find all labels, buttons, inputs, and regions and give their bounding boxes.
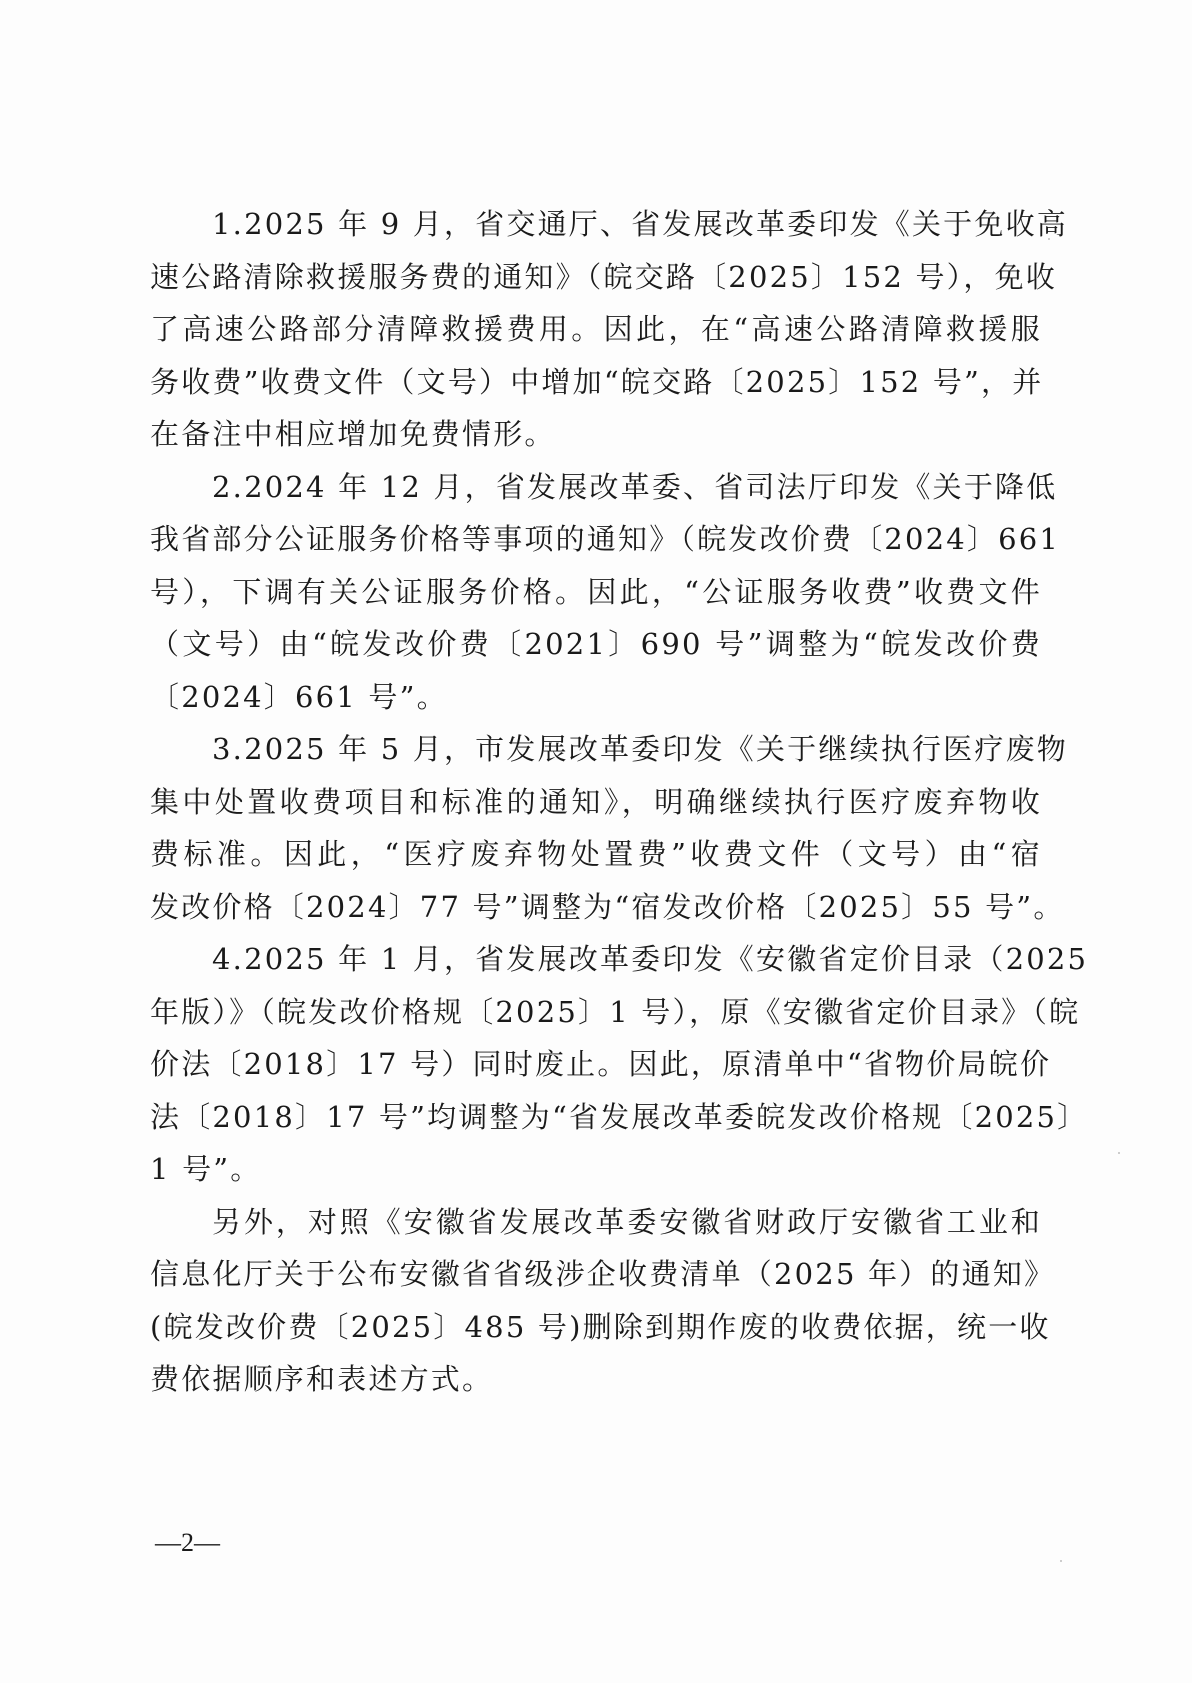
scan-speck: [950, 1010, 952, 1012]
text-line: 在备注中相应增加免费情形。: [150, 408, 1042, 461]
text-line: 我省部分公证服务价格等事项的通知》（皖发改价费〔2024〕661: [150, 513, 1042, 566]
paragraph-item-1: 1.2025 年 9 月，省交通厅、省发展改革委印发《关于免收高 速公路清除救援…: [150, 198, 1042, 461]
text-line: 4.2025 年 1 月，省发展改革委印发《安徽省定价目录（2025: [150, 933, 1042, 986]
text-line: 法〔2018〕17 号”均调整为“省发展改革委皖发改价格规〔2025〕: [150, 1091, 1042, 1144]
scan-speck: [1118, 1152, 1120, 1154]
text-line: 务收费”收费文件（文号）中增加“皖交路〔2025〕152 号”，并: [150, 356, 1042, 409]
document-body: 1.2025 年 9 月，省交通厅、省发展改革委印发《关于免收高 速公路清除救援…: [150, 198, 1042, 1406]
text-line: 号），下调有关公证服务价格。因此，“公证服务收费”收费文件: [150, 566, 1042, 619]
paragraph-item-3: 3.2025 年 5 月，市发展改革委印发《关于继续执行医疗废物 集中处置收费项…: [150, 723, 1042, 933]
text-line: 费依据顺序和表述方式。: [150, 1353, 1042, 1406]
scan-speck: [1048, 238, 1050, 240]
text-line: 年版）》（皖发改价格规〔2025〕1 号），原《安徽省定价目录》（皖: [150, 986, 1042, 1039]
text-line: 信息化厅关于公布安徽省省级涉企收费清单（2025 年）的通知》: [150, 1248, 1042, 1301]
paragraph-item-4: 4.2025 年 1 月，省发展改革委印发《安徽省定价目录（2025 年版）》（…: [150, 933, 1042, 1196]
text-line: 价法〔2018〕17 号）同时废止。因此，原清单中“省物价局皖价: [150, 1038, 1042, 1091]
text-line: 1 号”。: [150, 1143, 1042, 1196]
text-line: 1.2025 年 9 月，省交通厅、省发展改革委印发《关于免收高: [150, 198, 1042, 251]
text-line: 费标准。因此，“医疗废弃物处置费”收费文件（文号）由“宿: [150, 828, 1042, 881]
text-line: 另外，对照《安徽省发展改革委安徽省财政厅安徽省工业和: [150, 1196, 1042, 1249]
text-line: 集中处置收费项目和标准的通知》，明确继续执行医疗废弃物收: [150, 776, 1042, 829]
text-line: (皖发改价费〔2025〕485 号)删除到期作废的收费依据，统一收: [150, 1301, 1042, 1354]
document-page: 1.2025 年 9 月，省交通厅、省发展改革委印发《关于免收高 速公路清除救援…: [0, 0, 1192, 1683]
paragraph-item-2: 2.2024 年 12 月，省发展改革委、省司法厅印发《关于降低 我省部分公证服…: [150, 461, 1042, 724]
text-line: 速公路清除救援服务费的通知》（皖交路〔2025〕152 号），免收: [150, 251, 1042, 304]
text-line: （文号）由“皖发改价费〔2021〕690 号”调整为“皖发改价费: [150, 618, 1042, 671]
scan-speck: [893, 1335, 895, 1337]
text-line: 了高速公路部分清障救援费用。因此，在“高速公路清障救援服: [150, 303, 1042, 356]
text-line: 发改价格〔2024〕77 号”调整为“宿发改价格〔2025〕55 号”。: [150, 881, 1042, 934]
text-line: 3.2025 年 5 月，市发展改革委印发《关于继续执行医疗废物: [150, 723, 1042, 776]
text-line: 2.2024 年 12 月，省发展改革委、省司法厅印发《关于降低: [150, 461, 1042, 514]
text-line: 〔2024〕661 号”。: [150, 671, 1042, 724]
page-number: —2—: [155, 1528, 220, 1558]
paragraph-additional: 另外，对照《安徽省发展改革委安徽省财政厅安徽省工业和 信息化厅关于公布安徽省省级…: [150, 1196, 1042, 1406]
scan-speck: [1060, 1560, 1062, 1562]
